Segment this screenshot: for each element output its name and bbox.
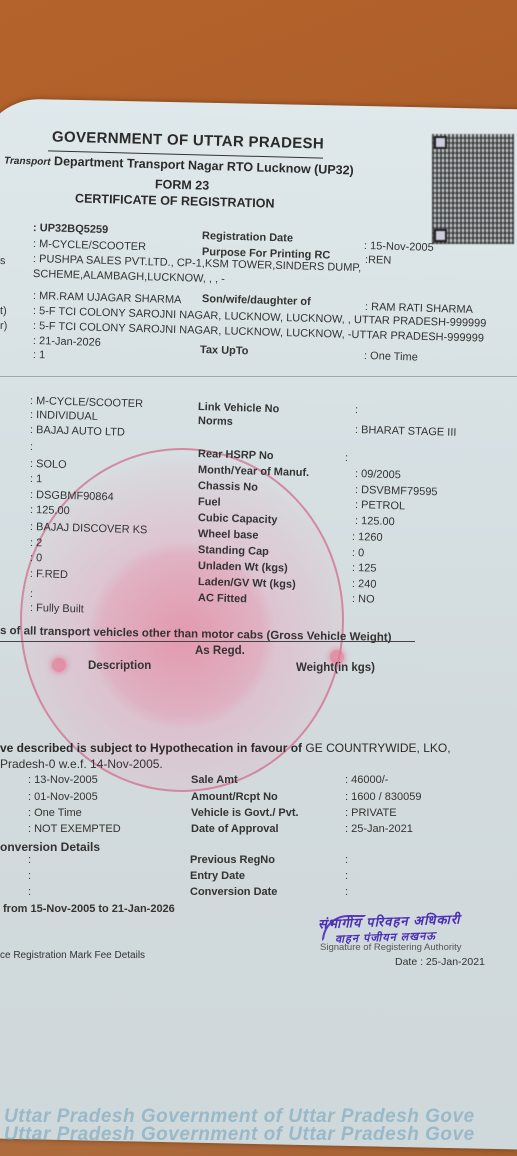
edge-fragment: s — [0, 255, 6, 267]
tax-upto-value: : One Time — [364, 350, 418, 363]
qr-code-icon — [432, 134, 514, 244]
vehicle-detail-label: Norms — [198, 415, 233, 428]
sale-field-value: : 46000/- — [345, 774, 388, 786]
description-column: Description — [88, 660, 151, 672]
vehicle-detail-field-value: : BHARAT STAGE III — [355, 424, 457, 439]
vehicle-detail-label: Unladen Wt (kgs) — [198, 560, 288, 575]
vehicle-detail-value: : Fully Built — [30, 602, 84, 615]
vehicle-detail-value: : 2 — [30, 537, 43, 549]
qr-finder-icon — [434, 229, 447, 242]
hypothecation-statement: ve described is subject to Hypothecation… — [0, 741, 451, 755]
vehicle-detail-value: : INDIVIDUAL — [30, 409, 98, 423]
conversion-left-value: : — [28, 854, 31, 866]
registration-date-label: Registration Date — [202, 230, 293, 245]
vehicle-detail-label: Chassis No — [198, 480, 258, 494]
conversion-value: : — [345, 886, 348, 898]
sale-field-value: : PRIVATE — [345, 807, 397, 819]
vehicle-detail-field-value: : 125.00 — [355, 515, 395, 528]
edge-fragment: t) — [0, 305, 7, 317]
signature-label: Signature of Registering Authority — [320, 942, 462, 953]
vehicle-detail-field-value: : 09/2005 — [355, 468, 401, 481]
conversion-label: Entry Date — [190, 870, 245, 882]
vehicle-detail-value: : 1 — [30, 473, 43, 485]
vehicle-detail-label: Fuel — [198, 496, 221, 509]
validity-period: from 15-Nov-2005 to 21-Jan-2026 — [3, 903, 175, 915]
form-number: FORM 23 — [155, 177, 210, 192]
vehicle-detail-value: : DSGBMF90864 — [30, 489, 114, 503]
vehicle-detail-value: : M-CYCLE/SCOOTER — [30, 395, 143, 410]
vehicle-detail-field-value: : 240 — [352, 578, 377, 591]
vehicle-class: : M-CYCLE/SCOOTER — [33, 238, 146, 253]
seal-star-icon — [52, 658, 66, 672]
conversion-left-value: : — [28, 870, 31, 882]
hypothecation-text: ve described is subject to Hypothecation… — [0, 741, 302, 755]
sale-detail-value: : NOT EXEMPTED — [28, 823, 121, 835]
vehicle-detail-value: : — [30, 441, 33, 453]
sale-detail-value: : One Time — [28, 807, 82, 819]
section-divider — [0, 376, 517, 377]
vehicle-detail-label: Cubic Capacity — [198, 512, 278, 526]
vehicle-detail-label: Wheel base — [198, 528, 259, 542]
vehicle-detail-value: : 125.00 — [30, 504, 70, 517]
sale-detail-label: Vehicle is Govt./ Pvt. — [191, 807, 299, 819]
vehicle-detail-field-value: : 1260 — [352, 531, 383, 544]
relation-label: Son/wife/daughter of — [202, 293, 311, 308]
conversion-label: Conversion Date — [190, 886, 277, 898]
vehicle-detail-value: : BAJAJ AUTO LTD — [30, 424, 125, 439]
registration-certificate: GOVERNMENT OF UTTAR PRADESH Transport De… — [0, 0, 517, 1156]
sale-detail-label: Date of Approval — [191, 823, 279, 835]
vehicle-detail-field-value: : — [345, 452, 348, 464]
registration-date-value: : 15-Nov-2005 — [364, 240, 434, 254]
vehicle-detail-field-value: : 125 — [352, 562, 377, 575]
watermark-line-2: Uttar Pradesh Government of Uttar Prades… — [4, 1124, 475, 1146]
vehicle-detail-value: : 0 — [30, 552, 43, 564]
dealer-address-line2: SCHEME,ALAMBAGH,LUCKNOW, , , - — [33, 268, 225, 285]
sale-field-value: : 25-Jan-2021 — [345, 823, 413, 835]
conversion-value: : — [345, 870, 348, 882]
vehicle-detail-field-value: : DSVBMF79595 — [355, 484, 438, 498]
issue-date: Date : 25-Jan-2021 — [395, 956, 485, 968]
sale-detail-label: Sale Amt — [191, 774, 238, 786]
owner-name: : MR.RAM UJAGAR SHARMA — [33, 290, 182, 306]
sale-detail-label: Amount/Rcpt No — [191, 791, 278, 803]
as-registered-label: As Regd. — [195, 645, 245, 657]
tax-upto-label: Tax UpTo — [200, 344, 249, 357]
conversion-value: : — [345, 854, 348, 866]
sale-field-value: : 1600 / 830059 — [345, 791, 421, 803]
registration-number: : UP32BQ5259 — [33, 222, 109, 236]
department-prefix: Transport — [4, 156, 51, 168]
vehicle-detail-field-value: : NO — [352, 593, 375, 606]
government-title: GOVERNMENT OF UTTAR PRADESH — [52, 128, 324, 152]
weights-rule — [0, 641, 415, 642]
vehicle-detail-label: Link Vehicle No — [198, 401, 280, 415]
qr-finder-icon — [434, 136, 447, 149]
vehicle-detail-value: : SOLO — [30, 458, 67, 471]
vehicle-detail-field-value: : PETROL — [355, 499, 405, 512]
conversion-label: Previous RegNo — [190, 854, 275, 866]
conversion-left-value: : — [28, 886, 31, 898]
hypothecation-date: Pradesh-0 w.e.f. 14-Nov-2005. — [0, 757, 163, 771]
vehicle-detail-value: : F.RED — [30, 568, 68, 581]
vehicle-detail-field-value: : — [355, 404, 358, 416]
vehicle-detail-field-value: : 0 — [352, 547, 365, 559]
certificate-title: CERTIFICATE OF REGISTRATION — [75, 191, 275, 210]
sale-detail-value: : 01-Nov-2005 — [28, 791, 98, 803]
fitness-valid-upto: : 21-Jan-2026 — [33, 335, 101, 349]
conversion-heading: onversion Details — [0, 840, 100, 854]
weight-column: Weight(in kgs) — [296, 662, 375, 674]
sale-detail-value: : 13-Nov-2005 — [28, 774, 98, 786]
vehicle-detail-label: Standing Cap — [198, 544, 269, 558]
edge-fragment: r) — [0, 320, 7, 332]
vehicle-detail-label: AC Fitted — [198, 592, 247, 605]
financier-name: GE COUNTRYWIDE, LKO, — [305, 741, 450, 755]
owner-serial: : 1 — [33, 349, 46, 361]
vehicle-detail-label: Rear HSRP No — [198, 448, 274, 462]
purpose-value: :REN — [365, 254, 392, 267]
fee-details-label: ce Registration Mark Fee Details — [0, 950, 145, 961]
vehicle-detail-value: : — [30, 588, 33, 600]
